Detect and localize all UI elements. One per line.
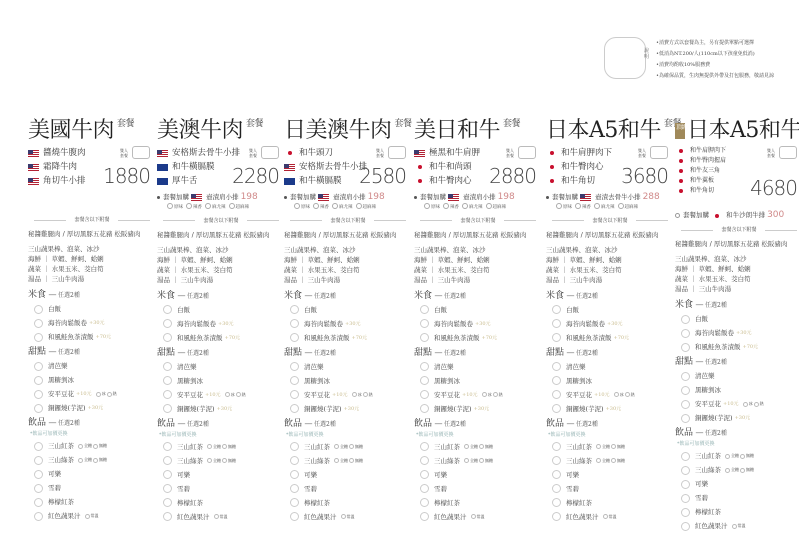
section-sub: ── 任選2種 xyxy=(696,430,727,437)
radio-icon[interactable] xyxy=(34,498,43,507)
dessert-option[interactable]: 黑糖剉冰 xyxy=(414,374,542,388)
notes-bubble xyxy=(604,37,646,79)
radio-icon[interactable] xyxy=(420,470,429,479)
radio-icon[interactable] xyxy=(34,484,43,493)
variant-label: 冰 xyxy=(102,387,106,401)
radio-icon[interactable] xyxy=(681,343,690,352)
flag-au-icon xyxy=(157,178,168,185)
variant-radio-icon[interactable] xyxy=(614,392,619,397)
quantity-input[interactable] xyxy=(779,146,797,159)
dessert-option[interactable]: 安平豆花+10元冰熱 xyxy=(28,387,156,401)
drinks-option[interactable]: 三山紅茶全糖無糖 xyxy=(414,440,542,454)
rice-option[interactable]: 海苔肉鬆飯卷+30元 xyxy=(675,326,799,340)
set-items: 和牛肩胛肉下和牛臀肉心和牛角切雙人套餐3680 xyxy=(546,146,674,192)
variant-radio-icon[interactable] xyxy=(334,444,339,449)
radio-icon[interactable] xyxy=(552,470,561,479)
variant-radio-icon[interactable] xyxy=(222,444,227,449)
drinks-option[interactable]: 檸檬紅茶 xyxy=(28,495,156,509)
radio-icon[interactable] xyxy=(681,480,690,489)
item-name: 和牛臀肉心 xyxy=(429,174,472,188)
option-variants[interactable]: 全糖無糖 xyxy=(724,463,754,477)
radio-icon[interactable] xyxy=(163,362,172,371)
radio-icon[interactable] xyxy=(163,470,172,479)
option-variants[interactable]: 全糖無糖 xyxy=(77,439,107,453)
dessert-option[interactable]: 清芭樂 xyxy=(28,359,156,373)
set-tag: 套餐 xyxy=(664,120,674,129)
addon-label: 套餐加購 xyxy=(683,210,709,221)
rice-option[interactable]: 白飯 xyxy=(157,303,285,317)
variant-radio-icon[interactable] xyxy=(78,458,83,463)
dessert-option[interactable]: 清芭樂 xyxy=(157,360,285,374)
variant-radio-icon[interactable] xyxy=(596,458,601,463)
section-title: 飲品 xyxy=(675,428,693,438)
radio-icon[interactable] xyxy=(552,404,561,413)
variant-radio-icon[interactable] xyxy=(611,444,616,449)
variant-label: 無糖 xyxy=(99,439,107,453)
radio-icon[interactable] xyxy=(290,512,299,521)
option-label: 三山紅茶 xyxy=(695,449,721,463)
drinks-option[interactable]: 檸檬紅茶 xyxy=(157,496,285,510)
spice-option[interactable]: 超麻辣 xyxy=(486,205,507,210)
drinks-option[interactable]: 檸檬紅茶 xyxy=(675,505,799,519)
drinks-option[interactable]: 紅色蔬果汁常溫 xyxy=(675,519,799,533)
option-variants[interactable]: 冰熱 xyxy=(613,388,635,402)
side-line: 三山蔬果棒、泡菜、冰沙 xyxy=(675,254,799,264)
flag-us-icon xyxy=(28,164,39,171)
variant-radio-icon[interactable] xyxy=(78,444,83,449)
radio-icon[interactable] xyxy=(552,333,561,342)
rice-option[interactable]: 和風鮭魚茶漬飯+70元 xyxy=(157,331,285,345)
radio-icon[interactable] xyxy=(420,498,429,507)
radio-icon[interactable] xyxy=(34,333,43,342)
variant-radio-icon[interactable] xyxy=(603,514,608,519)
radio-icon[interactable] xyxy=(290,376,299,385)
radio-icon[interactable] xyxy=(290,404,299,413)
set-column: 日美澳牛肉套餐和牛頭刀安格斯去骨牛小排和牛橫膈膜雙人套餐2580套餐加購 壺漬肩… xyxy=(284,118,412,550)
option-variants[interactable]: 全糖無糖 xyxy=(206,440,236,454)
section-drinks: 飲品 ── 任選2種 xyxy=(414,418,542,431)
radio-icon[interactable] xyxy=(681,386,690,395)
radio-icon[interactable] xyxy=(552,376,561,385)
section-dessert: 甜點 ── 任選2種 xyxy=(157,347,285,360)
dessert-option[interactable]: 安平豆花+10元冰熱 xyxy=(284,388,412,402)
variant-radio-icon[interactable] xyxy=(725,454,730,459)
spice-option[interactable]: 原味 xyxy=(424,205,440,210)
dessert-option[interactable]: 銅鑼燒(芋泥)+30元 xyxy=(675,411,799,425)
dessert-option[interactable]: 清芭樂 xyxy=(284,360,412,374)
dessert-option[interactable]: 清芭樂 xyxy=(414,360,542,374)
variant-radio-icon[interactable] xyxy=(482,392,487,397)
option-surcharge: +70元 xyxy=(96,330,112,344)
variant-label: 常溫 xyxy=(347,510,355,524)
option-label: 紅色蔬果汁 xyxy=(566,510,599,524)
section-title: 米食 xyxy=(284,291,302,301)
radio-icon[interactable] xyxy=(163,319,172,328)
drinks-option[interactable]: 紅色蔬果汁常溫 xyxy=(414,510,542,524)
addon-row[interactable]: 套餐加購 和牛沙朗牛排300 xyxy=(675,210,799,221)
spice-option[interactable]: 原味 xyxy=(556,205,572,210)
rice-option[interactable]: 海苔肉鬆飯卷+30元 xyxy=(414,317,542,331)
option-variants[interactable]: 全糖無糖 xyxy=(724,449,754,463)
spice-option[interactable]: 麻尤辣 xyxy=(462,205,483,210)
notes-list: •消費方式以套餐為主，另有提供單點可選擇 •低消為NT.200/人(110cm以… xyxy=(656,38,774,82)
option-variants[interactable]: 常溫 xyxy=(731,519,746,533)
side-line: 蔬菜 ｜ 水果玉米、茭白筍 xyxy=(675,274,799,284)
radio-icon[interactable] xyxy=(163,442,172,451)
variant-radio-icon[interactable] xyxy=(214,514,219,519)
dessert-option[interactable]: 黑糖剉冰 xyxy=(546,374,674,388)
section-title: 飲品 xyxy=(284,419,302,429)
radio-icon[interactable] xyxy=(290,333,299,342)
radio-icon[interactable] xyxy=(552,484,561,493)
radio-icon[interactable] xyxy=(552,442,561,451)
option-label: 清芭樂 xyxy=(177,360,197,374)
drinks-option[interactable]: 紅色蔬果汁常溫 xyxy=(546,510,674,524)
variant-radio-icon[interactable] xyxy=(740,454,745,459)
drinks-option[interactable]: 可樂 xyxy=(157,468,285,482)
spice-option[interactable]: 辣香 xyxy=(313,205,329,210)
radio-icon[interactable] xyxy=(681,372,690,381)
addon-row[interactable]: 套餐加購 壺漬肩小排198 xyxy=(157,192,285,203)
option-variants[interactable]: 常溫 xyxy=(340,510,355,524)
radio-icon[interactable] xyxy=(290,362,299,371)
variant-radio-icon[interactable] xyxy=(225,392,230,397)
spice-option[interactable]: 辣香 xyxy=(575,205,591,210)
rice-option[interactable]: 海苔肉鬆飯卷+30元 xyxy=(284,317,412,331)
radio-icon[interactable] xyxy=(681,329,690,338)
dessert-option[interactable]: 黑糖剉冰 xyxy=(157,374,285,388)
drinks-option[interactable]: 三山綠茶全糖無糖 xyxy=(284,454,412,468)
drinks-option[interactable]: 紅色蔬果汁常溫 xyxy=(157,510,285,524)
set-price: 4680 xyxy=(750,176,797,200)
rice-option[interactable]: 海苔肉鬆飯卷+30元 xyxy=(157,317,285,331)
radio-icon[interactable] xyxy=(420,512,429,521)
radio-icon[interactable] xyxy=(420,376,429,385)
radio-icon[interactable] xyxy=(290,390,299,399)
dessert-option[interactable]: 安平豆花+10元冰熱 xyxy=(546,388,674,402)
radio-icon[interactable] xyxy=(420,390,429,399)
option-label: 白飯 xyxy=(566,303,579,317)
variant-radio-icon[interactable] xyxy=(349,458,354,463)
radio-icon[interactable] xyxy=(681,466,690,475)
drinks-option[interactable]: 雪碧 xyxy=(284,482,412,496)
quantity-input[interactable] xyxy=(132,146,150,159)
rice-option[interactable]: 和風鮭魚茶漬飯+70元 xyxy=(284,331,412,345)
variant-radio-icon[interactable] xyxy=(732,524,737,529)
drinks-option[interactable]: 三山綠茶全糖無糖 xyxy=(157,454,285,468)
variant-radio-icon[interactable] xyxy=(207,458,212,463)
dessert-option[interactable]: 銅鑼燒(芋泥)+30元 xyxy=(28,401,156,415)
variant-radio-icon[interactable] xyxy=(479,444,484,449)
option-variants[interactable]: 冰熱 xyxy=(95,387,117,401)
variant-radio-icon[interactable] xyxy=(625,392,630,397)
radio-icon[interactable] xyxy=(163,456,172,465)
option-variants[interactable]: 常溫 xyxy=(84,509,99,523)
drinks-option[interactable]: 三山紅茶全糖無糖 xyxy=(157,440,285,454)
variant-radio-icon[interactable] xyxy=(754,402,759,407)
radio-icon[interactable] xyxy=(552,305,561,314)
section-rice: 米食 ── 任選2種 xyxy=(28,289,156,302)
radio-icon[interactable] xyxy=(681,452,690,461)
radio-icon[interactable] xyxy=(34,442,43,451)
option-surcharge: +10元 xyxy=(594,388,610,402)
radio-icon[interactable] xyxy=(34,376,43,385)
drinks-option[interactable]: 雪碧 xyxy=(675,491,799,505)
variant-radio-icon[interactable] xyxy=(93,444,98,449)
rice-option[interactable]: 白飯 xyxy=(284,303,412,317)
option-label: 檸檬紅茶 xyxy=(304,496,330,510)
option-variants[interactable]: 冰熱 xyxy=(351,388,373,402)
variant-radio-icon[interactable] xyxy=(236,392,241,397)
variant-radio-icon[interactable] xyxy=(85,514,90,519)
spice-option[interactable]: 麻尤辣 xyxy=(205,205,226,210)
radio-icon[interactable] xyxy=(420,333,429,342)
variant-radio-icon[interactable] xyxy=(363,392,368,397)
set-items: 安格斯去骨牛小排和牛橫膈膜厚牛舌雙人套餐2280 xyxy=(157,146,285,192)
dessert-option[interactable]: 銅鑼燒(芋泥)+30元 xyxy=(157,402,285,416)
radio-icon[interactable] xyxy=(290,484,299,493)
radio-icon[interactable] xyxy=(552,512,561,521)
variant-radio-icon[interactable] xyxy=(93,458,98,463)
quantity-input[interactable] xyxy=(518,146,536,159)
rice-option[interactable]: 和風鮭魚茶漬飯+70元 xyxy=(675,340,799,354)
radio-icon[interactable] xyxy=(420,442,429,451)
addon-name: 壺漬肩小排 xyxy=(206,192,239,203)
quantity-input[interactable] xyxy=(388,146,406,159)
dessert-option[interactable]: 安平豆花+10元冰熱 xyxy=(675,397,799,411)
dessert-option[interactable]: 安平豆花+10元冰熱 xyxy=(414,388,542,402)
dessert-option[interactable]: 清芭樂 xyxy=(675,369,799,383)
variant-radio-icon[interactable] xyxy=(349,444,354,449)
drinks-option[interactable]: 雪碧 xyxy=(414,482,542,496)
spice-option[interactable]: 麻尤辣 xyxy=(594,205,615,210)
spice-option[interactable]: 麻尤辣 xyxy=(332,205,353,210)
radio-icon[interactable] xyxy=(420,484,429,493)
radio-icon[interactable] xyxy=(163,333,172,342)
drinks-option[interactable]: 檸檬紅茶 xyxy=(284,496,412,510)
spice-option[interactable]: 辣香 xyxy=(186,205,202,210)
radio-icon[interactable] xyxy=(420,305,429,314)
radio-icon[interactable] xyxy=(290,470,299,479)
variant-radio-icon[interactable] xyxy=(471,514,476,519)
section-title: 米食 xyxy=(675,300,693,310)
radio-icon[interactable] xyxy=(163,404,172,413)
addon-row[interactable]: 套餐加購 壺漬肩小排198 xyxy=(284,192,412,203)
variant-radio-icon[interactable] xyxy=(611,458,616,463)
rice-option[interactable]: 白飯 xyxy=(675,312,799,326)
radio-icon[interactable] xyxy=(681,315,690,324)
radio-icon[interactable] xyxy=(34,404,43,413)
variant-radio-icon[interactable] xyxy=(207,444,212,449)
dessert-option[interactable]: 清芭樂 xyxy=(546,360,674,374)
dessert-option[interactable]: 黑糖剉冰 xyxy=(28,373,156,387)
radio-icon[interactable] xyxy=(552,362,561,371)
radio-icon[interactable] xyxy=(552,456,561,465)
drinks-option[interactable]: 可樂 xyxy=(675,477,799,491)
option-variants[interactable]: 全糖無糖 xyxy=(333,454,363,468)
variant-label: 冰 xyxy=(231,388,235,402)
variant-radio-icon[interactable] xyxy=(222,458,227,463)
rice-option[interactable]: 海苔肉鬆飯卷+30元 xyxy=(28,316,156,330)
spice-option[interactable]: 辣香 xyxy=(443,205,459,210)
radio-icon[interactable] xyxy=(290,456,299,465)
variant-radio-icon[interactable] xyxy=(341,514,346,519)
main-choice: 秘醬雞腿肉 / 厚切黑豚五花豬 松阪豬肉 xyxy=(28,229,156,239)
drinks-option[interactable]: 三山綠茶全糖無糖 xyxy=(546,454,674,468)
rice-option[interactable]: 白飯 xyxy=(414,303,542,317)
variant-label: 無糖 xyxy=(228,454,236,468)
dessert-option[interactable]: 黑糖剉冰 xyxy=(284,374,412,388)
radio-icon[interactable] xyxy=(681,494,690,503)
radio-icon[interactable] xyxy=(681,522,690,531)
radio-icon[interactable] xyxy=(34,305,43,314)
option-variants[interactable]: 全糖無糖 xyxy=(206,454,236,468)
drinks-option[interactable]: 可樂 xyxy=(28,467,156,481)
radio-icon[interactable] xyxy=(552,319,561,328)
radio-icon[interactable] xyxy=(163,390,172,399)
option-variants[interactable]: 冰熱 xyxy=(742,397,764,411)
variant-radio-icon[interactable] xyxy=(493,392,498,397)
set-items: 和牛頭刀安格斯去骨牛小排和牛橫膈膜雙人套餐2580 xyxy=(284,146,412,192)
radio-icon[interactable] xyxy=(163,512,172,521)
drinks-option[interactable]: 檸檬紅茶 xyxy=(546,496,674,510)
option-variants[interactable]: 全糖無糖 xyxy=(77,453,107,467)
radio-icon[interactable] xyxy=(163,498,172,507)
drinks-option[interactable]: 可樂 xyxy=(546,468,674,482)
radio-icon[interactable] xyxy=(34,470,43,479)
per-person-label: 雙人套餐 xyxy=(506,148,516,158)
option-label: 可樂 xyxy=(566,468,579,482)
radio-icon[interactable] xyxy=(163,484,172,493)
radio-icon[interactable] xyxy=(681,414,690,423)
per-person-label: 雙人套餐 xyxy=(376,148,386,158)
variant-radio-icon[interactable] xyxy=(96,392,101,397)
drinks-option[interactable]: 可樂 xyxy=(414,468,542,482)
drinks-option[interactable]: 三山綠茶全糖無糖 xyxy=(675,463,799,477)
option-variants[interactable]: 冰熱 xyxy=(481,388,503,402)
section-drinks: 飲品 ── 任選2種 xyxy=(546,418,674,431)
drinks-option[interactable]: 三山紅茶全糖無糖 xyxy=(675,449,799,463)
rice-option[interactable]: 白飯 xyxy=(546,303,674,317)
drinks-option[interactable]: 可樂 xyxy=(284,468,412,482)
variant-label: 全糖 xyxy=(340,454,348,468)
radio-icon[interactable] xyxy=(34,512,43,521)
variant-radio-icon[interactable] xyxy=(479,458,484,463)
drinks-option[interactable]: 紅色蔬果汁常溫 xyxy=(284,510,412,524)
drinks-option[interactable]: 三山綠茶全糖無糖 xyxy=(28,453,156,467)
rice-option[interactable]: 海苔肉鬆飯卷+30元 xyxy=(546,317,674,331)
variant-radio-icon[interactable] xyxy=(352,392,357,397)
spice-option[interactable]: 原味 xyxy=(167,205,183,210)
quantity-input[interactable] xyxy=(261,146,279,159)
radio-icon[interactable] xyxy=(681,400,690,409)
radio-icon[interactable] xyxy=(552,498,561,507)
rice-option[interactable]: 白飯 xyxy=(28,302,156,316)
drinks-option[interactable]: 雪碧 xyxy=(28,481,156,495)
rice-option[interactable]: 和風鮭魚茶漬飯+70元 xyxy=(28,330,156,344)
spice-option[interactable]: 超麻辣 xyxy=(356,205,377,210)
radio-icon[interactable] xyxy=(552,390,561,399)
radio-icon[interactable] xyxy=(290,305,299,314)
variant-radio-icon[interactable] xyxy=(740,468,745,473)
drinks-note: *飲品可加價更換 xyxy=(284,431,412,440)
variant-radio-icon[interactable] xyxy=(743,402,748,407)
drinks-option[interactable]: 檸檬紅茶 xyxy=(414,496,542,510)
radio-icon[interactable] xyxy=(290,442,299,451)
radio-icon[interactable] xyxy=(420,456,429,465)
flag-us-icon xyxy=(284,164,295,171)
variant-radio-icon[interactable] xyxy=(725,468,730,473)
variant-radio-icon[interactable] xyxy=(464,458,469,463)
variant-radio-icon[interactable] xyxy=(464,444,469,449)
option-variants[interactable]: 全糖無糖 xyxy=(595,454,625,468)
dessert-option[interactable]: 銅鑼燒(芋泥)+30元 xyxy=(546,402,674,416)
spice-option[interactable]: 超麻辣 xyxy=(229,205,250,210)
dessert-option[interactable]: 黑糖剉冰 xyxy=(675,383,799,397)
option-label: 銅鑼燒(芋泥) xyxy=(434,402,472,416)
addon-row[interactable]: 套餐加購 壺漬肩小排198 xyxy=(414,192,542,203)
drinks-option[interactable]: 雪碧 xyxy=(157,482,285,496)
variant-radio-icon[interactable] xyxy=(107,392,112,397)
option-variants[interactable]: 全糖無糖 xyxy=(595,440,625,454)
rice-option[interactable]: 和風鮭魚茶漬飯+70元 xyxy=(546,331,674,345)
radio-icon[interactable] xyxy=(34,390,43,399)
variant-label: 熱 xyxy=(113,387,117,401)
addon-row[interactable]: 套餐加購 壺漬去骨牛小排288 xyxy=(546,192,674,203)
drinks-option[interactable]: 紅色蔬果汁常溫 xyxy=(28,509,156,523)
radio-icon[interactable] xyxy=(34,456,43,465)
drinks-option[interactable]: 三山紅茶全糖無糖 xyxy=(284,440,412,454)
dessert-option[interactable]: 安平豆花+10元冰熱 xyxy=(157,388,285,402)
radio-icon[interactable] xyxy=(290,319,299,328)
option-label: 和風鮭魚茶漬飯 xyxy=(304,331,350,345)
dessert-option[interactable]: 銅鑼燒(芋泥)+30元 xyxy=(414,402,542,416)
radio-icon[interactable] xyxy=(163,305,172,314)
radio-icon[interactable] xyxy=(681,508,690,517)
spice-option[interactable]: 超麻辣 xyxy=(618,205,639,210)
flag-jp-icon xyxy=(546,150,557,157)
drinks-option[interactable]: 雪碧 xyxy=(546,482,674,496)
drinks-option[interactable]: 三山紅茶全糖無糖 xyxy=(28,439,156,453)
option-variants[interactable]: 常溫 xyxy=(213,510,228,524)
variant-radio-icon[interactable] xyxy=(334,458,339,463)
flag-au-icon xyxy=(284,178,295,185)
radio-icon[interactable] xyxy=(420,404,429,413)
radio-icon[interactable] xyxy=(290,498,299,507)
radio-icon[interactable] xyxy=(420,362,429,371)
set-tag: 套餐 xyxy=(117,120,127,129)
drinks-note: *飲品可加價更換 xyxy=(157,431,285,440)
option-label: 檸檬紅茶 xyxy=(177,496,203,510)
radio-icon[interactable] xyxy=(163,376,172,385)
dessert-option[interactable]: 銅鑼燒(芋泥)+30元 xyxy=(284,402,412,416)
quantity-input[interactable] xyxy=(650,146,668,159)
option-variants[interactable]: 全糖無糖 xyxy=(463,454,493,468)
drinks-option[interactable]: 三山紅茶全糖無糖 xyxy=(546,440,674,454)
radio-icon[interactable] xyxy=(34,362,43,371)
rice-option[interactable]: 和風鮭魚茶漬飯+70元 xyxy=(414,331,542,345)
option-variants[interactable]: 常溫 xyxy=(602,510,617,524)
option-variants[interactable]: 常溫 xyxy=(470,510,485,524)
variant-radio-icon[interactable] xyxy=(596,444,601,449)
spice-option[interactable]: 原味 xyxy=(294,205,310,210)
option-variants[interactable]: 全糖無糖 xyxy=(333,440,363,454)
drinks-option[interactable]: 三山綠茶全糖無糖 xyxy=(414,454,542,468)
option-variants[interactable]: 全糖無糖 xyxy=(463,440,493,454)
radio-icon[interactable] xyxy=(34,319,43,328)
radio-icon[interactable] xyxy=(420,319,429,328)
option-variants[interactable]: 冰熱 xyxy=(224,388,246,402)
